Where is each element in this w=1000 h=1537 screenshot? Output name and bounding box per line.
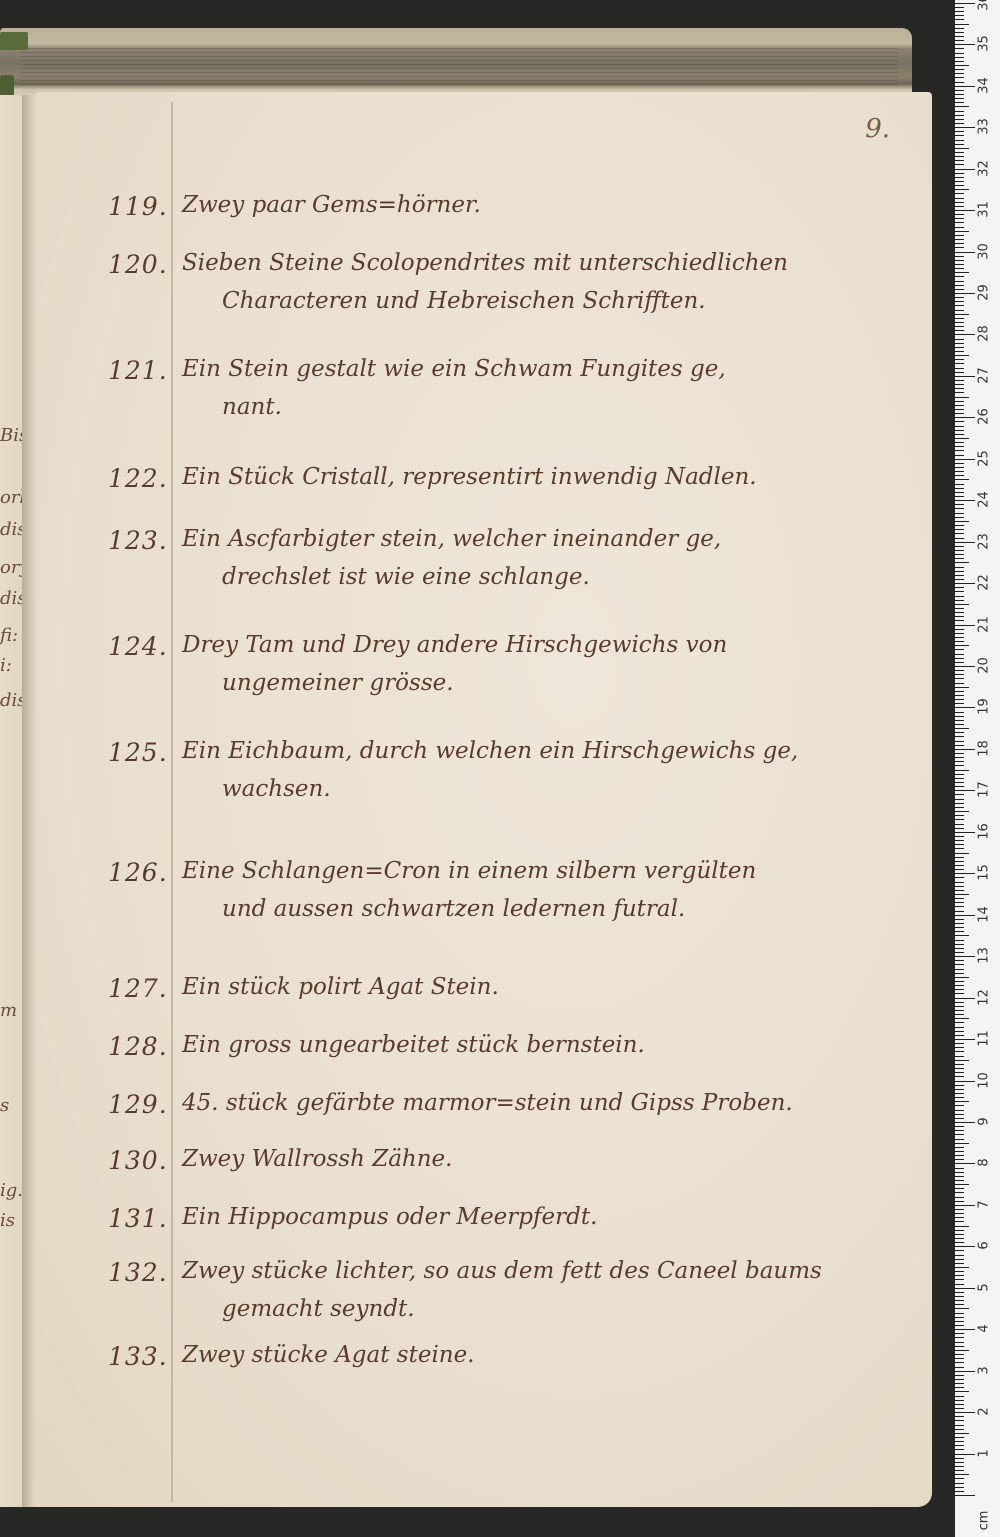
- entry-number: 133.: [108, 1342, 168, 1371]
- ruler-tick: [955, 177, 964, 178]
- ruler-tick: [955, 683, 964, 684]
- ruler-tick: [955, 620, 964, 621]
- ruler-tick: [955, 7, 964, 8]
- entry-number: 124.: [108, 632, 168, 661]
- ruler-tick: [955, 1255, 964, 1256]
- entry-text-line: Ein Stück Cristall, representirt inwendi…: [182, 464, 757, 490]
- ruler-tick: [955, 985, 964, 986]
- ruler-tick: [955, 828, 964, 829]
- entry-text-line: Zwey Wallrossh Zähne.: [182, 1146, 452, 1172]
- ruler-tick: [955, 1039, 975, 1040]
- ruler-tick: [955, 840, 964, 841]
- ruler-tick: [955, 140, 964, 141]
- ruler-tick: [955, 1221, 964, 1222]
- ruler-tick: [955, 368, 964, 369]
- ruler-label: 9: [977, 1106, 992, 1136]
- ruler-tick: [955, 15, 964, 16]
- ruler-tick: [955, 1333, 964, 1334]
- ruler-tick: [955, 964, 964, 965]
- ruler-label: 33: [977, 112, 992, 142]
- entry-text-line: drechslet ist wie eine schlange.: [222, 564, 590, 590]
- ruler-tick: [955, 761, 964, 762]
- ruler-unit-label: cm: [977, 1506, 992, 1536]
- ruler-tick: [955, 993, 964, 994]
- ruler-tick: [955, 1284, 964, 1285]
- ruler-tick: [955, 44, 975, 45]
- facing-page-text-fragment: fi:: [0, 625, 18, 646]
- ruler-tick: [955, 446, 964, 447]
- ruler-tick: [955, 538, 964, 539]
- ruler-tick: [955, 654, 964, 655]
- ruler-tick: [955, 90, 964, 91]
- ruler-tick: [955, 227, 964, 228]
- ruler-tick: [955, 824, 964, 825]
- ruler-tick: [955, 666, 975, 667]
- entry-text-line: Ein Stein gestalt wie ein Schwam Fungite…: [182, 356, 726, 382]
- ruler-label: 29: [977, 277, 992, 307]
- ruler-tick: [955, 372, 964, 373]
- ruler-tick: [955, 318, 964, 319]
- entry-text-line: Sieben Steine Scolopendrites mit untersc…: [182, 250, 788, 276]
- ruler-tick: [955, 1180, 964, 1181]
- ruler-tick: [955, 1097, 964, 1098]
- ruler-tick: [955, 181, 964, 182]
- ruler-tick: [955, 1168, 964, 1169]
- ruler-tick: [955, 567, 964, 568]
- ruler-tick: [955, 1495, 975, 1496]
- ruler-tick: [955, 948, 964, 949]
- ruler-tick: [955, 1296, 964, 1297]
- ruler-tick: [955, 877, 964, 878]
- ruler-tick: [955, 500, 975, 501]
- ruler-label: 12: [977, 982, 992, 1012]
- ruler-tick: [955, 1354, 964, 1355]
- ruler-tick: [955, 724, 964, 725]
- ruler-tick: [955, 430, 964, 431]
- ruler-tick: [955, 173, 964, 174]
- ruler-tick: [955, 1155, 964, 1156]
- ruler-tick: [955, 649, 964, 650]
- ruler-tick: [955, 952, 964, 953]
- ruler-tick: [955, 579, 964, 580]
- ruler-label: 11: [977, 1024, 992, 1054]
- ruler-tick: [955, 1491, 964, 1492]
- entry-text-line: Zwey stücke lichter, so aus dem fett des…: [182, 1258, 822, 1284]
- ruler-tick: [955, 919, 964, 920]
- ruler-tick: [955, 111, 964, 112]
- ruler-tick: [955, 1379, 964, 1380]
- ruler-tick: [955, 268, 964, 269]
- entry-number: 130.: [108, 1146, 168, 1175]
- entry-number: 126.: [108, 858, 168, 887]
- ruler-tick: [955, 674, 964, 675]
- ruler-tick: [955, 550, 964, 551]
- ruler-tick: [955, 19, 964, 20]
- ruler-tick: [955, 123, 964, 124]
- ruler-tick: [955, 355, 969, 356]
- ruler-tick: [955, 604, 969, 605]
- ruler-tick: [955, 658, 964, 659]
- entry-text-line: und aussen schwartzen ledernen futral.: [222, 896, 685, 922]
- ruler-tick: [955, 82, 964, 83]
- ruler-tick: [955, 745, 964, 746]
- ruler-tick: [955, 1263, 964, 1264]
- book-top-edge: [0, 28, 912, 98]
- ruler-tick: [955, 1300, 964, 1301]
- entry-text-line: Ein Ascfarbigter stein, welcher ineinand…: [182, 526, 721, 552]
- ruler-tick: [955, 1101, 969, 1102]
- ruler-tick: [955, 1043, 964, 1044]
- ruler-label: 7: [977, 1189, 992, 1219]
- ruler-tick: [955, 873, 975, 874]
- ruler-tick: [955, 865, 964, 866]
- ruler-tick: [955, 301, 964, 302]
- ruler-tick: [955, 799, 964, 800]
- ruler-tick: [955, 492, 964, 493]
- ruler-tick: [955, 1483, 964, 1484]
- ruler-tick: [955, 774, 964, 775]
- facing-page-text-fragment: is: [0, 1210, 15, 1231]
- ruler-tick: [955, 869, 964, 870]
- ruler-tick: [955, 587, 964, 588]
- ruler-tick: [955, 956, 975, 957]
- ruler-tick: [955, 397, 969, 398]
- ruler-tick: [955, 1213, 964, 1214]
- ruler-tick: [955, 235, 964, 236]
- ruler-tick: [955, 927, 964, 928]
- ruler-tick: [955, 206, 964, 207]
- ruler-tick: [955, 1064, 964, 1065]
- ruler-tick: [955, 247, 964, 248]
- ruler-tick: [955, 260, 964, 261]
- ruler-tick: [955, 931, 964, 932]
- entry-number: 119.: [108, 192, 168, 221]
- entry-number: 121.: [108, 356, 168, 385]
- ruler-tick: [955, 198, 964, 199]
- ruler-label: 14: [977, 899, 992, 929]
- ruler-tick: [955, 1429, 964, 1430]
- ruler-label: 1: [977, 1438, 992, 1468]
- ruler-tick: [955, 1437, 964, 1438]
- ruler-tick: [955, 1159, 964, 1160]
- ruler-tick: [955, 1474, 969, 1475]
- ruler-tick: [955, 836, 964, 837]
- ruler-tick: [955, 1085, 964, 1086]
- ruler-tick: [955, 1147, 964, 1148]
- ruler-tick: [955, 728, 969, 729]
- entry-text-line: Ein stück polirt Agat Stein.: [182, 974, 499, 1000]
- ruler-tick: [955, 339, 964, 340]
- entry-text-line: gemacht seyndt.: [222, 1296, 415, 1322]
- ruler-tick: [955, 189, 969, 190]
- ruler-tick: [955, 1267, 969, 1268]
- ruler-tick: [955, 1201, 964, 1202]
- ruler-tick: [955, 1226, 969, 1227]
- ruler-tick: [955, 1151, 964, 1152]
- ruler-tick: [955, 239, 964, 240]
- ruler-tick: [955, 1246, 975, 1247]
- ruler-tick: [955, 1018, 969, 1019]
- ruler-tick: [955, 256, 964, 257]
- ruler-tick: [955, 616, 964, 617]
- ruler-tick: [955, 185, 964, 186]
- ruler-tick: [955, 1329, 975, 1330]
- ruler-tick: [955, 1350, 969, 1351]
- ruler-tick: [955, 384, 964, 385]
- ruler-tick: [955, 475, 964, 476]
- ruler-tick: [955, 695, 964, 696]
- ruler-tick: [955, 127, 975, 128]
- ruler-tick: [955, 380, 964, 381]
- ruler-tick: [955, 853, 969, 854]
- ruler-tick: [955, 898, 964, 899]
- ruler-tick: [955, 753, 964, 754]
- entry-text-line: Zwey stücke Agat steine.: [182, 1342, 475, 1368]
- ruler-label: 27: [977, 360, 992, 390]
- entry-text-line: nant.: [222, 394, 282, 420]
- ruler-tick: [955, 533, 964, 534]
- ruler-tick: [955, 1047, 964, 1048]
- ruler-tick: [955, 1433, 969, 1434]
- ruler-tick: [955, 405, 964, 406]
- ruler-tick: [955, 1056, 964, 1057]
- ruler-tick: [955, 1383, 964, 1384]
- ruler-tick: [955, 1031, 964, 1032]
- ruler-tick: [955, 678, 964, 679]
- ruler-tick: [955, 786, 964, 787]
- ruler-tick: [955, 1288, 975, 1289]
- ruler-tick: [955, 1425, 964, 1426]
- ruler-tick: [955, 86, 975, 87]
- ruler-tick: [955, 1143, 969, 1144]
- ruler-tick: [955, 902, 964, 903]
- ruler-tick: [955, 1126, 964, 1127]
- ruler-tick: [955, 1478, 964, 1479]
- ruler-tick: [955, 326, 964, 327]
- ruler-tick: [955, 119, 964, 120]
- entry-text-line: Zwey paar Gems=hörner.: [182, 192, 481, 218]
- ruler-tick: [955, 1279, 964, 1280]
- ruler-tick: [955, 575, 964, 576]
- ruler-tick: [955, 442, 964, 443]
- ruler-tick: [955, 1304, 964, 1305]
- ruler-label: 34: [977, 70, 992, 100]
- ruler-tick: [955, 1275, 964, 1276]
- ruler-label: 23: [977, 526, 992, 556]
- ruler-tick: [955, 1470, 964, 1471]
- ruler-tick: [955, 1375, 964, 1376]
- ruler-tick: [955, 608, 964, 609]
- ruler-tick: [955, 906, 964, 907]
- ruler-tick: [955, 322, 964, 323]
- ruler-tick: [955, 98, 964, 99]
- ruler-tick: [955, 741, 964, 742]
- ruler-tick: [955, 940, 964, 941]
- ruler-tick: [955, 1010, 964, 1011]
- ruler-tick: [955, 467, 964, 468]
- ruler-tick: [955, 484, 964, 485]
- ruler-tick: [955, 1416, 964, 1417]
- ruler-tick: [955, 363, 964, 364]
- ruler-label: 13: [977, 941, 992, 971]
- ruler-label: 4: [977, 1314, 992, 1344]
- ruler-tick: [955, 214, 964, 215]
- ruler-label: 20: [977, 651, 992, 681]
- ruler-tick: [955, 61, 964, 62]
- ruler-tick: [955, 1396, 964, 1397]
- ruler-tick: [955, 1022, 964, 1023]
- ruler-label: 31: [977, 195, 992, 225]
- ruler-tick: [955, 1172, 964, 1173]
- ruler-tick: [955, 819, 964, 820]
- ruler-tick: [955, 517, 964, 518]
- ruler-tick: [955, 571, 964, 572]
- ruler-tick: [955, 1400, 964, 1401]
- ruler-tick: [955, 977, 969, 978]
- ruler-tick: [955, 160, 964, 161]
- ruler-tick: [955, 388, 964, 389]
- ruler-tick: [955, 1321, 964, 1322]
- entry-number: 125.: [108, 738, 168, 767]
- ruler-tick: [955, 285, 964, 286]
- ruler-tick: [955, 1308, 969, 1309]
- page-number: 9.: [865, 114, 890, 144]
- ruler-tick: [955, 1081, 975, 1082]
- ruler-tick: [955, 438, 969, 439]
- ruler-tick: [955, 53, 964, 54]
- ruler-tick: [955, 591, 964, 592]
- ruler-tick: [955, 757, 964, 758]
- ruler-tick: [955, 314, 969, 315]
- ruler-tick: [955, 1337, 964, 1338]
- ruler-tick: [955, 1114, 964, 1115]
- ruler-tick: [955, 193, 964, 194]
- ruler-label: 32: [977, 153, 992, 183]
- ruler-tick: [955, 231, 969, 232]
- ruler-tick: [955, 1317, 964, 1318]
- ruler-tick: [955, 450, 964, 451]
- ruler-tick: [955, 417, 975, 418]
- ruler-tick: [955, 1188, 964, 1189]
- ruler-tick: [955, 169, 975, 170]
- ruler-tick: [955, 923, 964, 924]
- entry-text-line: Ein Eichbaum, durch welchen ein Hirschge…: [182, 738, 798, 764]
- ruler-tick: [955, 218, 964, 219]
- ruler-label: 3: [977, 1355, 992, 1385]
- ruler-tick: [955, 1259, 964, 1260]
- ruler-label: 35: [977, 29, 992, 59]
- ruler-label: 17: [977, 775, 992, 805]
- ruler-tick: [955, 1209, 964, 1210]
- page-block-striations: [20, 48, 898, 88]
- ruler-tick: [955, 289, 964, 290]
- ruler-tick: [955, 28, 964, 29]
- margin-rule: [171, 102, 173, 1502]
- ruler-label: 19: [977, 692, 992, 722]
- facing-page-text-fragment: i:: [0, 655, 12, 676]
- ruler-tick: [955, 459, 975, 460]
- ruler-tick: [955, 455, 964, 456]
- ruler-tick: [955, 1060, 969, 1061]
- ruler-label: 24: [977, 485, 992, 515]
- ruler-tick: [955, 645, 969, 646]
- ruler-tick: [955, 1250, 964, 1251]
- ruler-tick: [955, 882, 964, 883]
- ruler-tick: [955, 811, 969, 812]
- ruler-tick: [955, 716, 964, 717]
- ruler-tick: [955, 1076, 964, 1077]
- ruler-tick: [955, 546, 964, 547]
- ruler-tick: [955, 392, 964, 393]
- ruler-tick: [955, 164, 964, 165]
- entry-text-line: Characteren und Hebreischen Schrifften.: [222, 288, 706, 314]
- ruler-tick: [955, 77, 964, 78]
- ruler-tick: [955, 1002, 964, 1003]
- ruler-tick: [955, 894, 969, 895]
- ruler-tick: [955, 562, 969, 563]
- ruler-tick: [955, 1242, 964, 1243]
- ruler-tick: [955, 131, 964, 132]
- ruler-tick: [955, 376, 975, 377]
- ruler-tick: [955, 252, 975, 253]
- ruler-tick: [955, 558, 964, 559]
- ruler-tick: [955, 73, 964, 74]
- ruler-tick: [955, 915, 975, 916]
- ruler-tick: [955, 521, 969, 522]
- ruler-tick: [955, 463, 964, 464]
- ruler-tick: [955, 1122, 975, 1123]
- ruler-tick: [955, 276, 964, 277]
- ruler-tick: [955, 310, 964, 311]
- ruler-tick: [955, 794, 964, 795]
- ruler-tick: [955, 641, 964, 642]
- ruler-tick: [955, 330, 964, 331]
- ruler-tick: [955, 612, 964, 613]
- ruler-tick: [955, 1006, 964, 1007]
- ruler-tick: [955, 1192, 964, 1193]
- ruler-tick: [955, 542, 975, 543]
- ruler-tick: [955, 479, 969, 480]
- entry-number: 132.: [108, 1258, 168, 1287]
- ruler-tick: [955, 583, 975, 584]
- ruler-tick: [955, 1466, 964, 1467]
- ruler-label: 26: [977, 402, 992, 432]
- entry-number: 131.: [108, 1204, 168, 1233]
- ruler-tick: [955, 1358, 964, 1359]
- ruler-tick: [955, 1051, 964, 1052]
- ruler-label: 5: [977, 1272, 992, 1302]
- entry-text-line: Ein gross ungearbeitet stück bernstein.: [182, 1032, 645, 1058]
- ruler-tick: [955, 222, 964, 223]
- ruler-tick: [955, 1163, 975, 1164]
- ruler-tick: [955, 24, 969, 25]
- entry-number: 127.: [108, 974, 168, 1003]
- ruler-tick: [955, 782, 964, 783]
- entry-number: 129.: [108, 1090, 168, 1119]
- ruler-tick: [955, 662, 964, 663]
- facing-page-text-fragment: m: [0, 1000, 17, 1021]
- ruler-tick: [955, 720, 964, 721]
- ruler-tick: [955, 115, 964, 116]
- ruler-label: 16: [977, 816, 992, 846]
- ruler-tick: [955, 712, 964, 713]
- ruler-tick: [955, 272, 969, 273]
- ruler-tick: [955, 525, 964, 526]
- ruler-tick: [955, 152, 964, 153]
- ruler-tick: [955, 504, 964, 505]
- entry-number: 120.: [108, 250, 168, 279]
- facing-page-text-fragment: s: [0, 1095, 9, 1116]
